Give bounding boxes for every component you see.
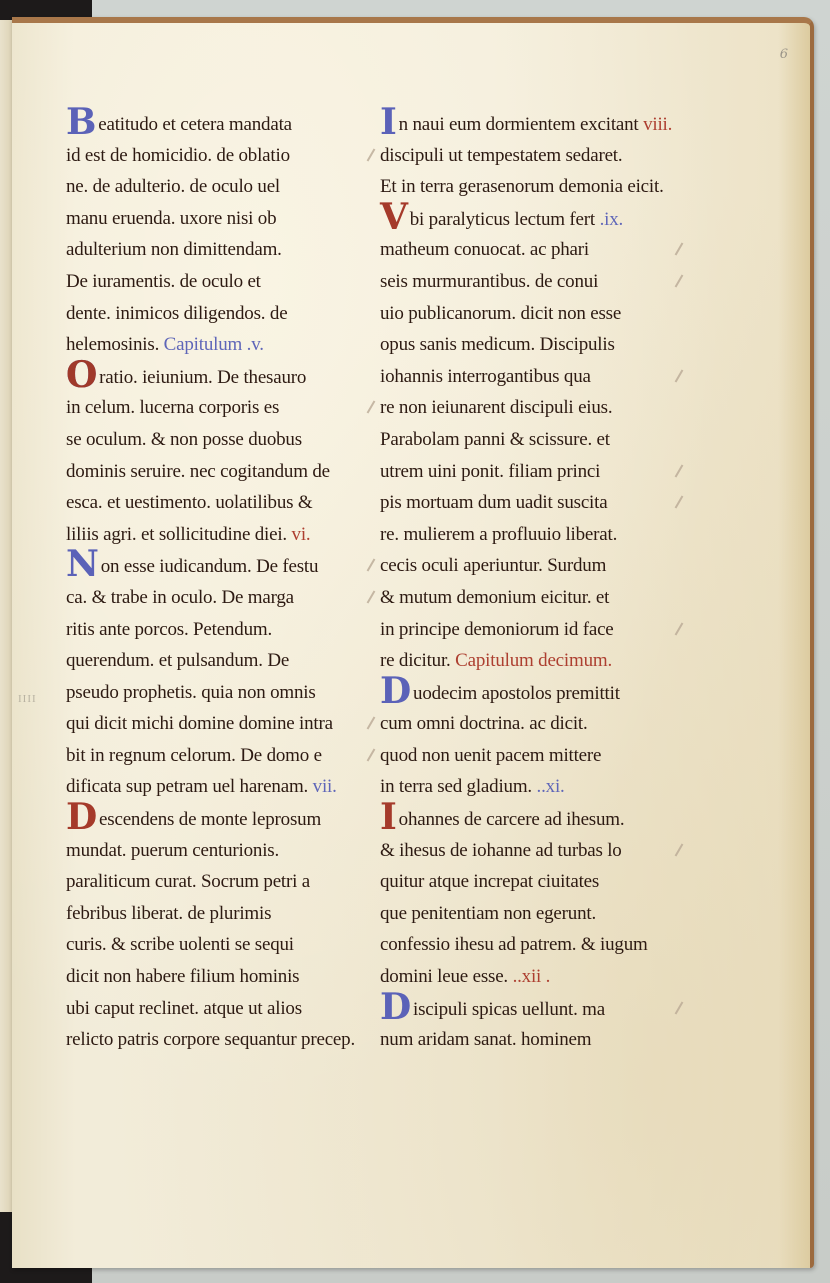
text-line: pseudo prophetis. quia non omnis [66, 677, 376, 709]
text-line: pis mortuam dum uadit suscita [380, 487, 720, 519]
rubric-chapter-marker: ..xii . [513, 966, 551, 987]
rubric-chapter-marker: Capitulum decimum. [455, 650, 612, 671]
line-text: matheum conuocat. ac phari [380, 239, 589, 260]
line-text: dominis seruire. nec cogitandum de [66, 461, 330, 482]
line-text: & mutum demonium eicitur. et [380, 587, 609, 608]
line-text: esca. et uestimento. uolatilibus & [66, 492, 312, 513]
line-text: num aridam sanat. hominem [380, 1029, 591, 1050]
line-text: dente. inimicos diligendos. de [66, 303, 287, 324]
line-text: curis. & scribe uolenti se sequi [66, 934, 294, 955]
line-text: dificata sup petram uel harenam. [66, 776, 308, 797]
line-text: confessio ihesu ad patrem. & iugum [380, 934, 648, 955]
line-text: bi paralyticus lectum fert [410, 209, 595, 230]
decorated-initial: N [66, 550, 99, 578]
line-text: cecis oculi aperiuntur. Surdum [380, 555, 606, 576]
folio-number: 6 [780, 47, 788, 62]
line-text: re. mulierem a profluuio liberat. [380, 524, 617, 545]
line-text: relicto patris corpore sequantur precep. [66, 1029, 355, 1050]
text-line: querendum. et pulsandum. De [66, 645, 376, 677]
text-line: id est de homicidio. de oblatio [66, 140, 376, 172]
text-line: Parabolam panni & scissure. et [380, 424, 720, 456]
text-line: re dicitur. Capitulum decimum. [380, 645, 720, 677]
text-line: quod non uenit pacem mittere [380, 740, 720, 772]
line-text: mundat. puerum centurionis. [66, 840, 279, 861]
line-text: re non ieiunarent discipuli eius. [380, 397, 612, 418]
line-text: Parabolam panni & scissure. et [380, 429, 610, 450]
line-text: pseudo prophetis. quia non omnis [66, 682, 316, 703]
text-line: febribus liberat. de plurimis [66, 898, 376, 930]
decorated-initial: B [66, 108, 96, 136]
text-line: Non esse iudicandum. De festu [66, 550, 376, 582]
text-line: utrem uini ponit. filiam princi [380, 456, 720, 488]
line-text: ca. & trabe in oculo. De marga [66, 587, 294, 608]
text-line: mundat. puerum centurionis. [66, 835, 376, 867]
rubric-chapter-marker: Capitulum .v. [164, 334, 264, 355]
right-text-column: In naui eum dormientem excitant viii.dis… [380, 108, 720, 1056]
text-line: re non ieiunarent discipuli eius. [380, 392, 720, 424]
text-line: in celum. lucerna corporis es [66, 392, 376, 424]
line-break-hyphen-mark [675, 622, 684, 635]
text-line: domini leue esse. ..xii . [380, 961, 720, 993]
line-text: helemosinis. [66, 334, 164, 355]
rubric-chapter-marker: vi. [292, 524, 311, 545]
line-text: paraliticum curat. Socrum petri a [66, 871, 310, 892]
line-text: uio publicanorum. dicit non esse [380, 303, 621, 324]
line-break-hyphen-mark [675, 464, 684, 477]
text-line: num aridam sanat. hominem [380, 1024, 720, 1056]
text-line: qui dicit michi domine domine intra [66, 708, 376, 740]
decorated-initial: I [380, 108, 397, 136]
text-line: Discipuli spicas uellunt. ma [380, 993, 720, 1025]
text-line: manu eruenda. uxore nisi ob [66, 203, 376, 235]
text-line: Descendens de monte leprosum [66, 803, 376, 835]
line-break-hyphen-mark [367, 748, 376, 761]
text-line: De iuramentis. de oculo et [66, 266, 376, 298]
line-text: ubi caput reclinet. atque ut alios [66, 998, 302, 1019]
text-line: matheum conuocat. ac phari [380, 234, 720, 266]
text-line: Iohannes de carcere ad ihesum. [380, 803, 720, 835]
decorated-initial: D [380, 677, 411, 705]
line-text: quitur atque increpat ciuitates [380, 871, 599, 892]
line-text: adulterium non dimittendam. [66, 239, 282, 260]
text-line: cecis oculi aperiuntur. Surdum [380, 550, 720, 582]
text-line: dente. inimicos diligendos. de [66, 298, 376, 330]
line-text: ne. de adulterio. de oculo uel [66, 176, 280, 197]
text-line: dicit non habere filium hominis [66, 961, 376, 993]
text-line: iohannis interrogantibus qua [380, 361, 720, 393]
line-break-hyphen-mark [367, 401, 376, 414]
text-line: Et in terra gerasenorum demonia eicit. [380, 171, 720, 203]
line-text: uodecim apostolos premittit [413, 683, 620, 704]
decorated-initial: O [66, 361, 97, 389]
line-break-hyphen-mark [367, 559, 376, 572]
line-text: que penitentiam non egerunt. [380, 903, 596, 924]
line-break-hyphen-mark [675, 496, 684, 509]
line-text: quod non uenit pacem mittere [380, 745, 601, 766]
line-text: in celum. lucerna corporis es [66, 397, 279, 418]
line-text: domini leue esse. [380, 966, 508, 987]
line-text: re dicitur. [380, 650, 455, 671]
line-text: n naui eum dormientem excitant [399, 114, 639, 135]
line-text: utrem uini ponit. filiam princi [380, 461, 600, 482]
text-line: uio publicanorum. dicit non esse [380, 298, 720, 330]
text-line: ca. & trabe in oculo. De marga [66, 582, 376, 614]
text-line: Beatitudo et cetera mandata [66, 108, 376, 140]
line-text: febribus liberat. de plurimis [66, 903, 271, 924]
line-text: ohannes de carcere ad ihesum. [399, 809, 625, 830]
left-text-column: Beatitudo et cetera mandataid est de hom… [66, 108, 376, 1056]
line-text: opus sanis medicum. Discipulis [380, 334, 615, 355]
line-text: ritis ante porcos. Petendum. [66, 619, 272, 640]
text-line: & ihesus de iohanne ad turbas lo [380, 835, 720, 867]
text-line: ne. de adulterio. de oculo uel [66, 171, 376, 203]
line-break-hyphen-mark [675, 843, 684, 856]
text-line: & mutum demonium eicitur. et [380, 582, 720, 614]
text-line: adulterium non dimittendam. [66, 234, 376, 266]
line-text: qui dicit michi domine domine intra [66, 713, 333, 734]
line-text: id est de homicidio. de oblatio [66, 145, 290, 166]
line-text: manu eruenda. uxore nisi ob [66, 208, 276, 229]
line-break-hyphen-mark [367, 148, 376, 161]
line-break-hyphen-mark [675, 274, 684, 287]
text-line: in terra sed gladium. ..xi. [380, 771, 720, 803]
line-text: eatitudo et cetera mandata [98, 114, 292, 135]
line-break-hyphen-mark [675, 243, 684, 256]
line-text: bit in regnum celorum. De domo e [66, 745, 322, 766]
text-line: re. mulierem a profluuio liberat. [380, 519, 720, 551]
text-line: paraliticum curat. Socrum petri a [66, 866, 376, 898]
text-line: bit in regnum celorum. De domo e [66, 740, 376, 772]
text-line: helemosinis. Capitulum .v. [66, 329, 376, 361]
text-line: In naui eum dormientem excitant viii. [380, 108, 720, 140]
line-text: querendum. et pulsandum. De [66, 650, 289, 671]
text-line: Oratio. ieiunium. De thesauro [66, 361, 376, 393]
line-text: Et in terra gerasenorum demonia eicit. [380, 176, 664, 197]
decorated-initial: I [380, 803, 397, 831]
rubric-chapter-marker: ..xi. [537, 776, 565, 797]
line-text: De iuramentis. de oculo et [66, 271, 261, 292]
text-line: confessio ihesu ad patrem. & iugum [380, 929, 720, 961]
text-line: seis murmurantibus. de conui [380, 266, 720, 298]
line-break-hyphen-mark [367, 590, 376, 603]
text-line: ritis ante porcos. Petendum. [66, 614, 376, 646]
line-text: liliis agri. et sollicitudine diei. [66, 524, 287, 545]
text-line: ubi caput reclinet. atque ut alios [66, 993, 376, 1025]
line-break-hyphen-mark [367, 717, 376, 730]
line-text: iscipuli spicas uellunt. ma [413, 999, 605, 1020]
text-line: quitur atque increpat ciuitates [380, 866, 720, 898]
rubric-chapter-marker: viii. [643, 114, 672, 135]
text-line: dominis seruire. nec cogitandum de [66, 456, 376, 488]
text-line: cum omni doctrina. ac dicit. [380, 708, 720, 740]
line-text: se oculum. & non posse duobus [66, 429, 302, 450]
line-text: cum omni doctrina. ac dicit. [380, 713, 588, 734]
rubric-chapter-marker: .ix. [600, 209, 623, 230]
text-line: que penitentiam non egerunt. [380, 898, 720, 930]
line-text: & ihesus de iohanne ad turbas lo [380, 840, 622, 861]
line-text: discipuli ut tempestatem sedaret. [380, 145, 622, 166]
text-line: liliis agri. et sollicitudine diei. vi. [66, 519, 376, 551]
text-line: curis. & scribe uolenti se sequi [66, 929, 376, 961]
line-text: in terra sed gladium. [380, 776, 532, 797]
decorated-initial: D [66, 803, 97, 831]
line-text: iohannis interrogantibus qua [380, 366, 591, 387]
line-text: on esse iudicandum. De festu [101, 556, 319, 577]
text-line: se oculum. & non posse duobus [66, 424, 376, 456]
decorated-initial: D [380, 993, 411, 1021]
rubric-chapter-marker: vii. [313, 776, 337, 797]
line-text: ratio. ieiunium. De thesauro [99, 367, 306, 388]
line-text: dicit non habere filium hominis [66, 966, 299, 987]
text-line: dificata sup petram uel harenam. vii. [66, 771, 376, 803]
text-line: esca. et uestimento. uolatilibus & [66, 487, 376, 519]
line-break-hyphen-mark [675, 369, 684, 382]
text-line: in principe demoniorum id face [380, 614, 720, 646]
text-line: opus sanis medicum. Discipulis [380, 329, 720, 361]
text-line: relicto patris corpore sequantur precep. [66, 1024, 376, 1056]
text-line: Duodecim apostolos premittit [380, 677, 720, 709]
line-text: pis mortuam dum uadit suscita [380, 492, 607, 513]
line-text: escendens de monte leprosum [99, 809, 321, 830]
line-text: seis murmurantibus. de conui [380, 271, 598, 292]
text-line: Vbi paralyticus lectum fert .ix. [380, 203, 720, 235]
decorated-initial: V [380, 203, 408, 231]
marginal-note: IIII [18, 693, 37, 705]
line-break-hyphen-mark [675, 1001, 684, 1014]
line-text: in principe demoniorum id face [380, 619, 614, 640]
text-line: discipuli ut tempestatem sedaret. [380, 140, 720, 172]
